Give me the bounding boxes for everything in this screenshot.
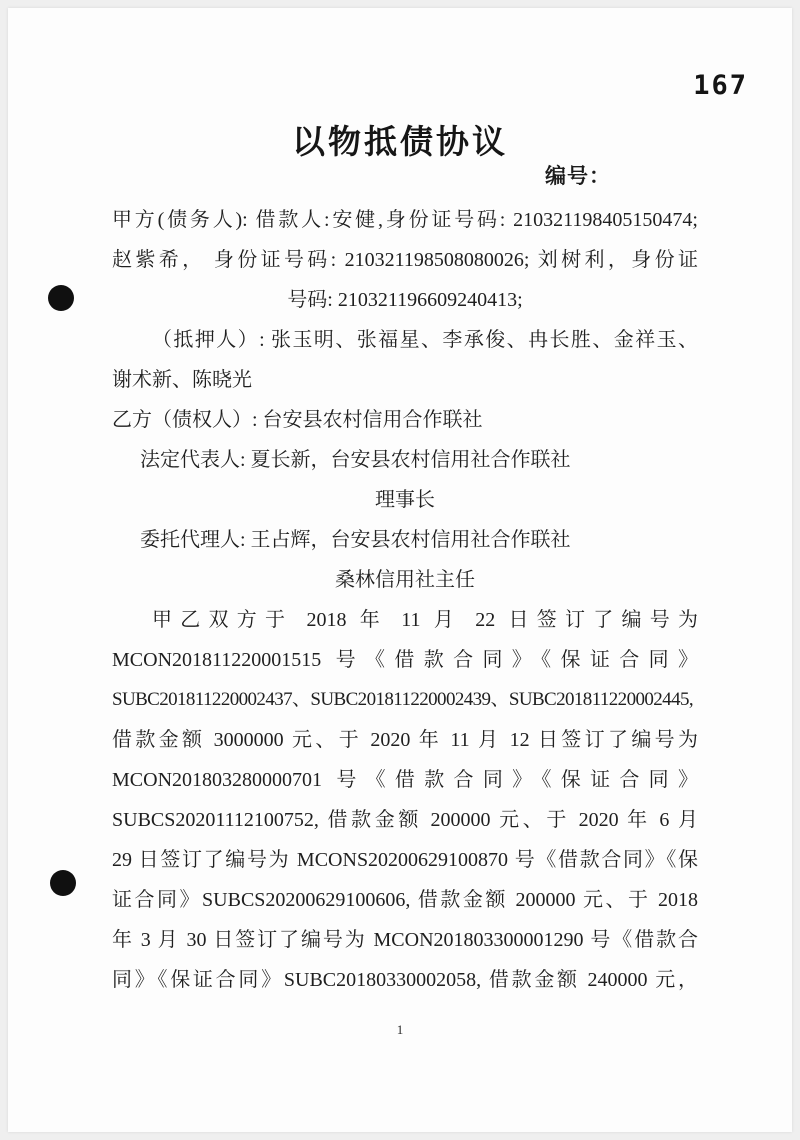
footer-page-number: 1 [8, 1022, 792, 1038]
document-number-label: 编号： [545, 160, 611, 190]
text-line: 借款金额 3000000 元、于 2020 年 11 月 12 日签订了编号为 [112, 720, 698, 760]
text-line: 理事长 [112, 480, 698, 520]
text-line: 桑林信用社主任 [112, 560, 698, 600]
document-page: 167 以物抵债协议 编号： 甲方(债务人): 借款人:安健,身份证号码: 21… [8, 8, 792, 1132]
text-line: 甲乙双方于 2018 年 11 月 22 日签订了编号为 [112, 600, 698, 640]
text-line: （抵押人）: 张玉明、张福星、李承俊、冉长胜、金祥玉、 [112, 320, 698, 360]
text-line: 谢术新、陈晓光 [112, 360, 698, 400]
hole-punch-mark [50, 870, 76, 896]
text-line: 乙方（债权人）: 台安县农村信用合作联社 [112, 400, 698, 440]
text-line: 证合同》SUBCS20200629100606, 借款金额 200000 元、于… [112, 880, 698, 920]
document-body: 甲方(债务人): 借款人:安健,身份证号码: 21032119840515047… [112, 200, 698, 1000]
document-title: 以物抵债协议 [8, 116, 792, 163]
scan-background: 167 以物抵债协议 编号： 甲方(债务人): 借款人:安健,身份证号码: 21… [0, 0, 800, 1140]
text-line: 号码: 210321196609240413; [112, 280, 698, 320]
text-line: 年 3 月 30 日签订了编号为 MCON201803300001290 号《借… [112, 920, 698, 960]
text-line: MCON201803280000701 号《借款合同》《保证合同》 [112, 760, 698, 800]
text-line: MCON201811220001515 号《借款合同》《保证合同》 [112, 640, 698, 680]
text-line: 法定代表人: 夏长新，台安县农村信用社合作联社 [112, 440, 698, 480]
text-line: 赵紫希， 身份证号码: 210321198508080026; 刘树利，身份证 [112, 240, 698, 280]
text-line: SUBCS20201112100752, 借款金额 200000 元、于 202… [112, 800, 698, 840]
text-line: SUBC201811220002437、SUBC201811220002439、… [112, 680, 698, 720]
text-line: 甲方(债务人): 借款人:安健,身份证号码: 21032119840515047… [112, 200, 698, 240]
corner-page-number: 167 [693, 70, 748, 101]
text-line: 29 日签订了编号为 MCONS20200629100870 号《借款合同》《保 [112, 840, 698, 880]
text-line: 同》《保证合同》SUBC20180330002058, 借款金额 240000 … [112, 960, 698, 1000]
text-line: 委托代理人: 王占辉，台安县农村信用社合作联社 [112, 520, 698, 560]
hole-punch-mark [48, 285, 74, 311]
